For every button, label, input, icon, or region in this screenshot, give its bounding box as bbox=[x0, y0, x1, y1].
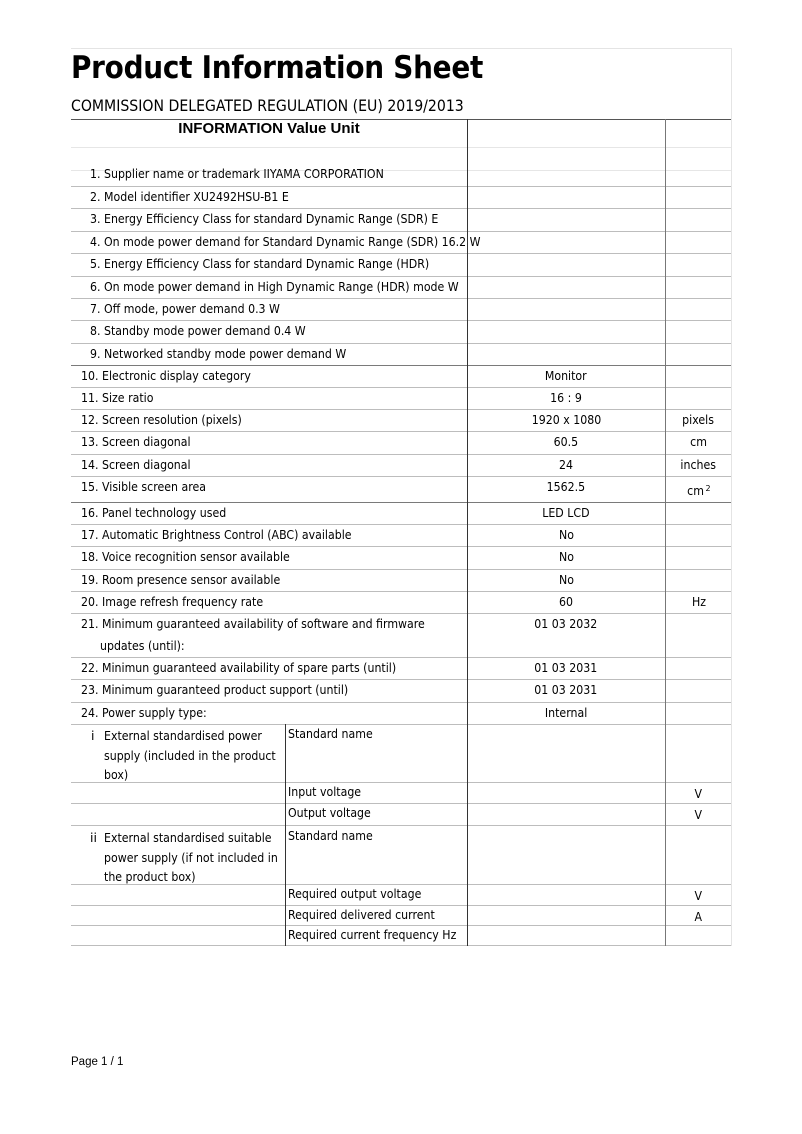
row-label: 8. Standby mode power demand 0.4 W bbox=[90, 320, 474, 343]
row-unit: inches bbox=[666, 454, 731, 476]
row-label-text: 20. Image refresh frequency rate bbox=[81, 591, 263, 613]
field-unit bbox=[666, 826, 731, 884]
power-supply-row: Required output voltageV bbox=[71, 884, 731, 906]
table-right-border bbox=[731, 119, 732, 946]
row-unit bbox=[666, 546, 731, 569]
row-unit bbox=[666, 524, 731, 546]
row-unit bbox=[666, 163, 731, 186]
row-unit-text: inches bbox=[681, 454, 717, 476]
row-label-text: 23. Minimum guaranteed product support (… bbox=[81, 679, 348, 701]
field-value bbox=[467, 925, 665, 945]
table-row: 19. Room presence sensor availableNo bbox=[71, 569, 731, 592]
power-supply-row: Standard name bbox=[71, 826, 731, 885]
row-label: 21. Minimum guaranteed availability of s… bbox=[81, 613, 465, 657]
value-column-divider bbox=[467, 119, 468, 946]
table-row: 17. Automatic Brightness Control (ABC) a… bbox=[71, 524, 731, 547]
row-value bbox=[467, 276, 665, 298]
row-value bbox=[467, 298, 665, 320]
table-row: 7. Off mode, power demand 0.3 W bbox=[71, 298, 731, 321]
row-label-text: 18. Voice recognition sensor available bbox=[81, 546, 290, 568]
row-unit bbox=[666, 186, 731, 208]
row-unit bbox=[666, 613, 731, 657]
row-value: 01 03 2032 bbox=[467, 613, 665, 657]
row-unit bbox=[666, 320, 731, 343]
field-value bbox=[467, 884, 665, 905]
row-value-text: 1920 x 1080 bbox=[531, 409, 600, 431]
row-label: 6. On mode power demand in High Dynamic … bbox=[90, 276, 474, 298]
table-row: 21. Minimum guaranteed availability of s… bbox=[71, 613, 731, 658]
row-value-text: 01 03 2031 bbox=[534, 657, 597, 679]
row-label: 10. Electronic display category bbox=[81, 365, 465, 387]
table-row: 22. Minimun guaranteed availability of s… bbox=[71, 657, 731, 680]
row-value-text: 16 : 9 bbox=[550, 387, 582, 409]
row-label: 7. Off mode, power demand 0.3 W bbox=[90, 298, 474, 320]
row-value bbox=[467, 186, 665, 208]
field-unit: A bbox=[666, 905, 731, 925]
field-name: Input voltage bbox=[288, 782, 466, 803]
table-row: 18. Voice recognition sensor availableNo bbox=[71, 546, 731, 570]
row-label-text: 7. Off mode, power demand 0.3 W bbox=[90, 298, 280, 320]
row-label: 12. Screen resolution (pixels) bbox=[81, 409, 465, 431]
row-value: 01 03 2031 bbox=[467, 657, 665, 679]
row-label: 24. Power supply type: bbox=[81, 702, 465, 724]
row-value bbox=[467, 208, 665, 231]
table-row: 12. Screen resolution (pixels)1920 x 108… bbox=[71, 409, 731, 432]
row-value-text: Internal bbox=[545, 702, 587, 724]
row-value: 1562.5 bbox=[467, 476, 665, 502]
row-value-text: 60.5 bbox=[554, 431, 579, 453]
row-label-text: 10. Electronic display category bbox=[81, 365, 251, 387]
page-number: Page 1 / 1 bbox=[71, 1056, 123, 1068]
row-label: 16. Panel technology used bbox=[81, 502, 465, 524]
page-title: Product Information Sheet bbox=[71, 48, 483, 88]
row-label: 14. Screen diagonal bbox=[81, 454, 465, 476]
row-value: 01 03 2031 bbox=[467, 679, 665, 702]
field-unit: V bbox=[666, 884, 731, 905]
field-name-text: Input voltage bbox=[288, 782, 361, 802]
field-value bbox=[467, 826, 665, 884]
row-label-text: 21. Minimum guaranteed availability of s… bbox=[81, 613, 425, 635]
row-value bbox=[467, 253, 665, 276]
field-unit-text: V bbox=[695, 803, 703, 827]
row-value bbox=[467, 231, 665, 253]
row-value: No bbox=[467, 546, 665, 569]
row-value: 1920 x 1080 bbox=[467, 409, 665, 431]
row-unit bbox=[666, 276, 731, 298]
row-label: 20. Image refresh frequency rate bbox=[81, 591, 465, 613]
field-value bbox=[467, 803, 665, 825]
row-unit bbox=[666, 702, 731, 724]
row-value: 24 bbox=[467, 454, 665, 476]
row-label-text: 9. Networked standby mode power demand W bbox=[90, 343, 346, 365]
table-row: 5. Energy Efficiency Class for standard … bbox=[71, 253, 731, 277]
power-supply-row: Required delivered currentA bbox=[71, 905, 731, 926]
row-label-text: 5. Energy Efficiency Class for standard … bbox=[90, 253, 429, 275]
row-label-text: 15. Visible screen area bbox=[81, 476, 206, 498]
unit-column-divider bbox=[665, 119, 666, 946]
row-label-text: 24. Power supply type: bbox=[81, 702, 207, 724]
table-row: 13. Screen diagonal60.5cm bbox=[71, 431, 731, 455]
row-unit bbox=[666, 208, 731, 231]
power-supply-row: Output voltageV bbox=[71, 803, 731, 826]
table-row: 4. On mode power demand for Standard Dyn… bbox=[71, 231, 731, 254]
row-label-text: 17. Automatic Brightness Control (ABC) a… bbox=[81, 524, 352, 546]
table-row: 3. Energy Efficiency Class for standard … bbox=[71, 208, 731, 232]
row-label-text: 12. Screen resolution (pixels) bbox=[81, 409, 242, 431]
row-unit bbox=[666, 298, 731, 320]
row-unit bbox=[666, 502, 731, 524]
field-value bbox=[467, 905, 665, 925]
row-unit bbox=[666, 231, 731, 253]
row-label: 13. Screen diagonal bbox=[81, 431, 465, 454]
row-unit bbox=[666, 657, 731, 679]
table-row: 14. Screen diagonal24inches bbox=[71, 454, 731, 477]
row-value: 16 : 9 bbox=[467, 387, 665, 409]
row-label-text: 6. On mode power demand in High Dynamic … bbox=[90, 276, 459, 298]
row-value: Monitor bbox=[467, 365, 665, 387]
table-row: 8. Standby mode power demand 0.4 W bbox=[71, 320, 731, 344]
row-label: 5. Energy Efficiency Class for standard … bbox=[90, 253, 474, 276]
row-label: 3. Energy Efficiency Class for standard … bbox=[90, 208, 474, 231]
row-value bbox=[467, 320, 665, 343]
table-row: 23. Minimum guaranteed product support (… bbox=[71, 679, 731, 703]
row-label-text-continued: updates (until): bbox=[100, 635, 185, 657]
row-value-text: 60 bbox=[559, 591, 573, 613]
subfield-column-divider bbox=[285, 724, 286, 946]
unit-superscript: 2 bbox=[705, 484, 710, 493]
field-name: Output voltage bbox=[288, 803, 466, 825]
row-label: 22. Minimun guaranteed availability of s… bbox=[81, 657, 465, 679]
row-unit bbox=[666, 387, 731, 409]
field-unit: V bbox=[666, 782, 731, 803]
row-value: LED LCD bbox=[467, 502, 665, 524]
row-value-text: LED LCD bbox=[542, 502, 589, 524]
row-unit: cm bbox=[666, 431, 731, 454]
field-name-text: Standard name bbox=[288, 724, 373, 744]
row-label: 11. Size ratio bbox=[81, 387, 465, 409]
row-label: 1. Supplier name or trademark IIYAMA COR… bbox=[90, 163, 474, 186]
field-name: Standard name bbox=[288, 724, 466, 782]
field-name-text: Standard name bbox=[288, 826, 373, 846]
table-header-text: INFORMATION Value Unit bbox=[71, 119, 467, 139]
row-label-text: 19. Room presence sensor available bbox=[81, 569, 280, 591]
row-value-text: 01 03 2031 bbox=[534, 679, 597, 701]
table-row: 24. Power supply type:Internal bbox=[71, 702, 731, 725]
document-page: Product Information Sheet COMMISSION DEL… bbox=[0, 0, 802, 1134]
row-unit-text: pixels bbox=[683, 409, 715, 431]
row-label-text: 3. Energy Efficiency Class for standard … bbox=[90, 208, 438, 230]
row-label: 15. Visible screen area bbox=[81, 476, 465, 502]
row-value: No bbox=[467, 524, 665, 546]
power-supply-row: Input voltageV bbox=[71, 782, 731, 804]
table-row: 15. Visible screen area1562.5cm2 bbox=[71, 476, 731, 503]
field-name-text: Required current frequency Hz bbox=[288, 925, 456, 945]
row-unit bbox=[666, 569, 731, 591]
row-unit bbox=[666, 679, 731, 702]
row-value bbox=[467, 163, 665, 186]
row-label: 23. Minimum guaranteed product support (… bbox=[81, 679, 465, 702]
row-label: 18. Voice recognition sensor available bbox=[81, 546, 465, 569]
row-value-text: No bbox=[559, 569, 574, 591]
row-label: 2. Model identifier XU2492HSU-B1 E bbox=[90, 186, 474, 208]
field-value bbox=[467, 724, 665, 782]
table-row: 9. Networked standby mode power demand W bbox=[71, 343, 731, 366]
row-label-text: 1. Supplier name or trademark IIYAMA COR… bbox=[90, 163, 384, 185]
row-label-text: 4. On mode power demand for Standard Dyn… bbox=[90, 231, 481, 253]
row-unit: cm2 bbox=[666, 476, 731, 502]
field-name-text: Required output voltage bbox=[288, 884, 421, 904]
power-supply-row: Required current frequency Hz bbox=[71, 925, 731, 946]
power-supply-row: Standard name bbox=[71, 724, 731, 783]
table-row: 6. On mode power demand in High Dynamic … bbox=[71, 276, 731, 299]
field-unit bbox=[666, 724, 731, 782]
field-unit: V bbox=[666, 803, 731, 825]
row-label-text: 16. Panel technology used bbox=[81, 502, 226, 524]
row-value-text: No bbox=[559, 546, 574, 568]
field-value bbox=[467, 782, 665, 803]
table-header-row: INFORMATION Value Unit bbox=[71, 119, 731, 148]
regulation-subtitle: COMMISSION DELEGATED REGULATION (EU) 201… bbox=[71, 95, 464, 117]
row-value-text: Monitor bbox=[545, 365, 587, 387]
row-label: 17. Automatic Brightness Control (ABC) a… bbox=[81, 524, 465, 546]
table-row: 11. Size ratio16 : 9 bbox=[71, 387, 731, 410]
row-unit-text: Hz bbox=[691, 591, 705, 613]
field-name-text: Required delivered current bbox=[288, 905, 435, 925]
row-unit-text: cm bbox=[690, 431, 707, 453]
table-row: 20. Image refresh frequency rate60Hz bbox=[71, 591, 731, 614]
table-row: 16. Panel technology usedLED LCD bbox=[71, 502, 731, 525]
field-name: Standard name bbox=[288, 826, 466, 884]
row-value: No bbox=[467, 569, 665, 591]
row-label: 9. Networked standby mode power demand W bbox=[90, 343, 474, 365]
row-value-text: No bbox=[559, 524, 574, 546]
row-value: 60 bbox=[467, 591, 665, 613]
row-unit: Hz bbox=[666, 591, 731, 613]
row-unit bbox=[666, 365, 731, 387]
row-unit bbox=[666, 343, 731, 365]
field-name-text: Output voltage bbox=[288, 803, 371, 823]
field-name: Required delivered current bbox=[288, 905, 466, 925]
row-label: 19. Room presence sensor available bbox=[81, 569, 465, 591]
row-unit bbox=[666, 253, 731, 276]
table-row: 1. Supplier name or trademark IIYAMA COR… bbox=[71, 163, 731, 187]
field-name: Required output voltage bbox=[288, 884, 466, 905]
table-row: 2. Model identifier XU2492HSU-B1 E bbox=[71, 186, 731, 209]
row-unit: pixels bbox=[666, 409, 731, 431]
row-value bbox=[467, 343, 665, 365]
row-label-text: 13. Screen diagonal bbox=[81, 431, 191, 453]
row-label-text: 22. Minimun guaranteed availability of s… bbox=[81, 657, 396, 679]
field-name: Required current frequency Hz bbox=[288, 925, 466, 945]
row-label-text: 8. Standby mode power demand 0.4 W bbox=[90, 320, 306, 342]
table-row: 10. Electronic display categoryMonitor bbox=[71, 365, 731, 388]
row-value-text: 1562.5 bbox=[547, 476, 586, 498]
row-value-text: 24 bbox=[559, 454, 573, 476]
row-label-text: 11. Size ratio bbox=[81, 387, 153, 409]
field-unit bbox=[666, 925, 731, 945]
row-label-text: 14. Screen diagonal bbox=[81, 454, 191, 476]
row-value-text: 01 03 2032 bbox=[534, 613, 597, 635]
row-label: 4. On mode power demand for Standard Dyn… bbox=[90, 231, 474, 253]
row-value: 60.5 bbox=[467, 431, 665, 454]
row-label-text: 2. Model identifier XU2492HSU-B1 E bbox=[90, 186, 289, 208]
row-value: Internal bbox=[467, 702, 665, 724]
